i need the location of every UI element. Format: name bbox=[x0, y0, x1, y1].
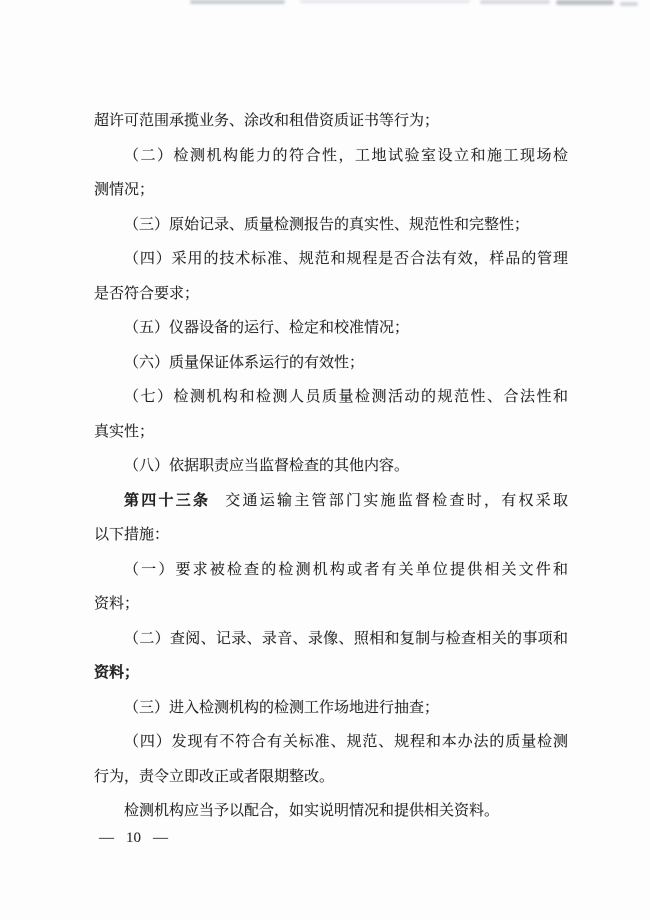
text-line: （六）质量保证体系运行的有效性； bbox=[94, 346, 568, 381]
text-line: 行为，责令立即改正或者限期整改。 bbox=[94, 760, 568, 795]
article-number: 第四十三条 bbox=[124, 493, 210, 509]
document-body: 超许可范围承揽业务、涂改和租借资质证书等行为； （二）检测机构能力的符合性，工地… bbox=[94, 104, 568, 829]
article-heading-line: 第四十三条交通运输主管部门实施监督检查时，有权采取 bbox=[94, 484, 568, 519]
text-line: 资料； bbox=[94, 587, 568, 622]
text-line: （一）要求被检查的检测机构或者有关单位提供相关文件和 bbox=[94, 553, 568, 588]
footer-right-dash: — bbox=[153, 830, 168, 847]
text-line: （七）检测机构和检测人员质量检测活动的规范性、合法性和 bbox=[94, 380, 568, 415]
page-footer: — 10 — bbox=[99, 830, 168, 847]
scan-smudge bbox=[620, 2, 638, 6]
text-line: 检测机构应当予以配合，如实说明情况和提供相关资料。 bbox=[94, 794, 568, 829]
article-body-text: 交通运输主管部门实施监督检查时，有权采取 bbox=[225, 493, 568, 509]
text-line: （二）查阅、记录、录音、录像、照相和复制与检查相关的事项和 bbox=[94, 622, 568, 657]
text-line: 超许可范围承揽业务、涂改和租借资质证书等行为； bbox=[94, 104, 568, 139]
text-line: 真实性； bbox=[94, 415, 568, 450]
scan-smudge bbox=[556, 0, 614, 5]
text-line: （三）进入检测机构的检测工作场地进行抽查； bbox=[94, 691, 568, 726]
document-page: 超许可范围承揽业务、涂改和租借资质证书等行为； （二）检测机构能力的符合性，工地… bbox=[0, 0, 650, 920]
text-line: （五）仪器设备的运行、检定和校准情况； bbox=[94, 311, 568, 346]
text-line: 是否符合要求； bbox=[94, 277, 568, 312]
text-line: 以下措施： bbox=[94, 518, 568, 553]
text-line: （四）采用的技术标准、规范和规程是否合法有效，样品的管理 bbox=[94, 242, 568, 277]
text-line: （三）原始记录、质量检测报告的真实性、规范性和完整性； bbox=[94, 208, 568, 243]
scan-smudge bbox=[190, 0, 285, 4]
text-line: 测情况； bbox=[94, 173, 568, 208]
footer-left-dash: — bbox=[99, 830, 114, 847]
scan-smudge bbox=[480, 0, 550, 4]
text-line: （四）发现有不符合有关标准、规范、规程和本办法的质量检测 bbox=[94, 725, 568, 760]
scan-smudge bbox=[300, 0, 470, 3]
text-line: （二）检测机构能力的符合性，工地试验室设立和施工现场检 bbox=[94, 139, 568, 174]
page-number: 10 bbox=[126, 830, 141, 847]
text-line: （八）依据职责应当监督检查的其他内容。 bbox=[94, 449, 568, 484]
text-line: 资料； bbox=[94, 656, 568, 691]
